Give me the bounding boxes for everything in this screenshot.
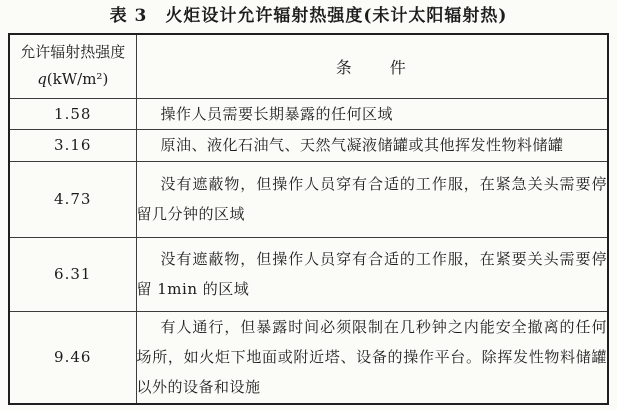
condition-cell: 没有遮蔽物，但操作人员穿有合适的工作服，在紧急关头需要停留几分钟的区域 (136, 161, 608, 237)
document-page: 表 3 火炬设计允许辐射热强度(未计太阳辐射热) 允许辐射热强度 q(kW/m²… (0, 0, 617, 410)
intensity-value: 3.16 (9, 129, 136, 161)
table-row: 6.31没有遮蔽物，但操作人员穿有合适的工作服，在紧要关头需要停留 1min 的… (9, 237, 608, 311)
condition-text: 没有遮蔽物，但操作人员穿有合适的工作服，在紧要关头需要停留 1min 的区域 (137, 244, 608, 304)
table-title: 表 3 火炬设计允许辐射热强度(未计太阳辐射热) (0, 4, 617, 28)
table-row: 3.16原油、液化石油气、天然气凝液储罐或其他挥发性物料储罐 (9, 129, 608, 161)
intensity-value: 9.46 (9, 311, 136, 404)
condition-text: 有人通行，但暴露时间必须限制在几秒钟之内能安全撤离的任何场所，如火炬下地面或附近… (137, 312, 608, 402)
condition-text: 原油、液化石油气、天然气凝液储罐或其他挥发性物料储罐 (137, 130, 608, 160)
radiation-intensity-table: 允许辐射热强度 q(kW/m²) 条 件 1.58操作人员需要长期暴露的任何区域… (8, 33, 609, 405)
table-header: 允许辐射热强度 q(kW/m²) 条 件 (9, 34, 608, 98)
condition-cell: 原油、液化石油气、天然气凝液储罐或其他挥发性物料储罐 (136, 129, 608, 161)
header-condition: 条 件 (136, 34, 608, 98)
table-row: 4.73没有遮蔽物，但操作人员穿有合适的工作服，在紧急关头需要停留几分钟的区域 (9, 161, 608, 237)
condition-text: 没有遮蔽物，但操作人员穿有合适的工作服，在紧急关头需要停留几分钟的区域 (137, 169, 608, 229)
header-intensity-unit: q(kW/m²) (10, 66, 136, 93)
header-allowed-intensity: 允许辐射热强度 q(kW/m²) (9, 34, 136, 98)
q-unit: (kW/m²) (47, 70, 109, 88)
header-intensity-label: 允许辐射热强度 (10, 39, 136, 66)
table-row: 9.46有人通行，但暴露时间必须限制在几秒钟之内能安全撤离的任何场所，如火炬下地… (9, 311, 608, 404)
table-row: 1.58操作人员需要长期暴露的任何区域 (9, 98, 608, 129)
condition-cell: 有人通行，但暴露时间必须限制在几秒钟之内能安全撤离的任何场所，如火炬下地面或附近… (136, 311, 608, 404)
header-row: 允许辐射热强度 q(kW/m²) 条 件 (9, 34, 608, 98)
condition-cell: 操作人员需要长期暴露的任何区域 (136, 98, 608, 129)
table-body: 1.58操作人员需要长期暴露的任何区域3.16原油、液化石油气、天然气凝液储罐或… (9, 98, 608, 404)
q-symbol: q (37, 70, 47, 88)
condition-cell: 没有遮蔽物，但操作人员穿有合适的工作服，在紧要关头需要停留 1min 的区域 (136, 237, 608, 311)
condition-text: 操作人员需要长期暴露的任何区域 (137, 99, 608, 129)
intensity-value: 4.73 (9, 161, 136, 237)
intensity-value: 6.31 (9, 237, 136, 311)
intensity-value: 1.58 (9, 98, 136, 129)
